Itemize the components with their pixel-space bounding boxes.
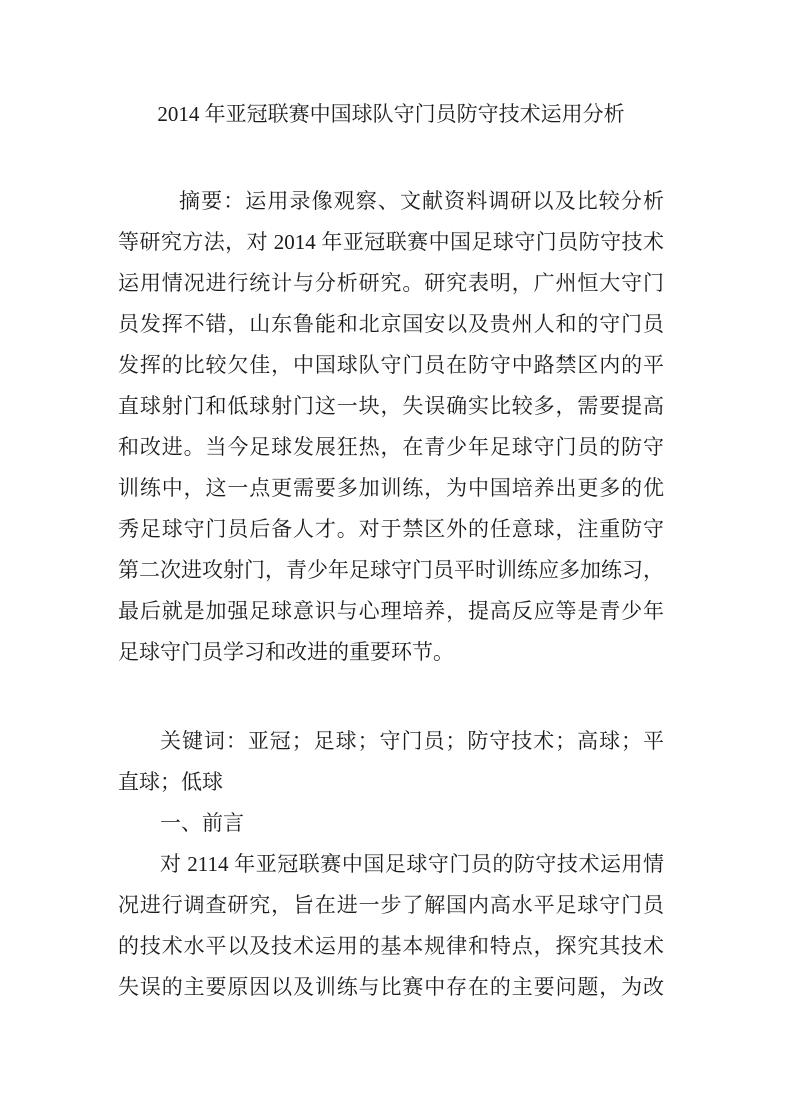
document-page: 2014 年亚冠联赛中国球队守门员防守技术运用分析 摘要：运用录像观察、文献资料… <box>0 0 792 1120</box>
abstract-paragraph: 摘要：运用录像观察、文献资料调研以及比较分析 等研究方法，对 2014 年亚冠联… <box>118 181 664 673</box>
foreword-paragraph: 对 2114 年亚冠联赛中国足球守门员的防守技术运用情 况进行调查研究，旨在进一… <box>118 844 664 1008</box>
document-body: 2014 年亚冠联赛中国球队守门员防守技术运用分析 摘要：运用录像观察、文献资料… <box>118 94 664 1008</box>
abstract-line: 发挥的比较欠佳，中国球队守门员在防守中路禁区内的平 <box>118 345 664 386</box>
keywords-line: 直球；低球 <box>118 762 664 803</box>
foreword-line: 的技术水平以及技术运用的基本规律和特点，探究其技术 <box>118 926 664 967</box>
foreword-line: 对 2114 年亚冠联赛中国足球守门员的防守技术运用情 <box>118 844 664 885</box>
abstract-line: 最后就是加强足球意识与心理培养，提高反应等是青少年 <box>118 591 664 632</box>
abstract-line: 训练中，这一点更需要多加训练，为中国培养出更多的优 <box>118 468 664 509</box>
abstract-line: 和改进。当今足球发展狂热，在青少年足球守门员的防守 <box>118 427 664 468</box>
spacer <box>118 673 664 721</box>
keywords-line: 关键词：亚冠；足球；守门员；防守技术；高球；平 <box>118 721 664 762</box>
abstract-line: 等研究方法，对 2014 年亚冠联赛中国足球守门员防守技术 <box>118 222 664 263</box>
document-title: 2014 年亚冠联赛中国球队守门员防守技术运用分析 <box>118 94 664 135</box>
keywords-paragraph: 关键词：亚冠；足球；守门员；防守技术；高球；平 直球；低球 <box>118 721 664 803</box>
foreword-line: 失误的主要原因以及训练与比赛中存在的主要问题，为改 <box>118 967 664 1008</box>
abstract-line: 直球射门和低球射门这一块，失误确实比较多，需要提高 <box>118 386 664 427</box>
abstract-line: 运用情况进行统计与分析研究。研究表明，广州恒大守门 <box>118 263 664 304</box>
foreword-line: 况进行调查研究，旨在进一步了解国内高水平足球守门员 <box>118 885 664 926</box>
spacer <box>118 135 664 181</box>
abstract-line: 秀足球守门员后备人才。对于禁区外的任意球，注重防守 <box>118 509 664 550</box>
abstract-line: 摘要：运用录像观察、文献资料调研以及比较分析 <box>118 181 664 222</box>
abstract-line: 足球守门员学习和改进的重要环节。 <box>118 632 664 673</box>
abstract-line: 第二次进攻射门，青少年足球守门员平时训练应多加练习， <box>118 550 664 591</box>
section-heading-foreword: 一、前言 <box>118 803 664 844</box>
abstract-line: 员发挥不错，山东鲁能和北京国安以及贵州人和的守门员 <box>118 304 664 345</box>
